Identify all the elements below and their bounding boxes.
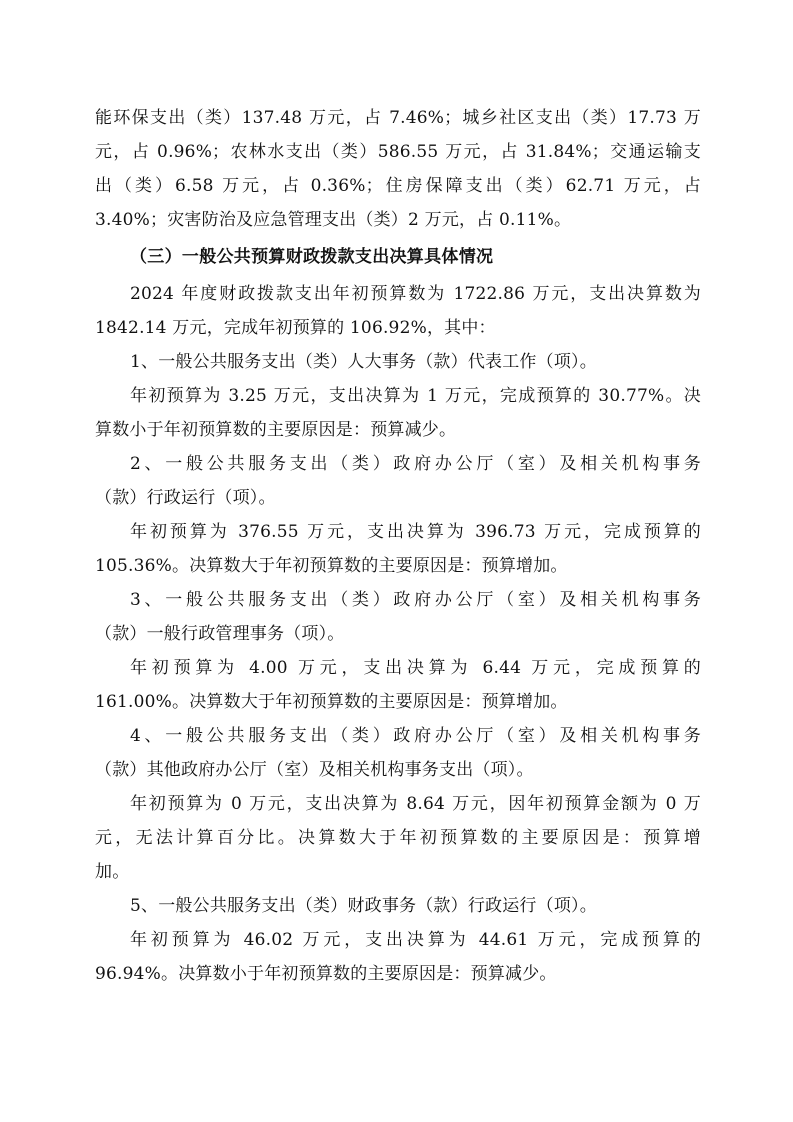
text-line: 元，无法计算百分比。决算数大于年初预算数的主要原因是：预算增 — [95, 825, 701, 851]
text-line: 161.00%。决算数大于年初预算数的主要原因是：预算增加。 — [95, 689, 701, 715]
text-line: 能环保支出（类）137.48 万元，占 7.46%；城乡社区支出（类）17.73… — [95, 105, 701, 131]
text-line: 1、一般公共服务支出（类）人大事务（款）代表工作（项）。 — [130, 349, 701, 375]
text-line: 105.36%。决算数大于年初预算数的主要原因是：预算增加。 — [95, 553, 701, 579]
text-line: 年初预算为 3.25 万元，支出决算为 1 万元，完成预算的 30.77%。决 — [130, 383, 701, 409]
section-heading: （三）一般公共预算财政拨款支出决算具体情况 — [130, 244, 493, 270]
text-line: 2024 年度财政拨款支出年初预算数为 1722.86 万元，支出决算数为 — [130, 281, 701, 307]
text-line: 出（类）6.58 万元，占 0.36%；住房保障支出（类）62.71 万元，占 — [95, 173, 701, 199]
text-line: 1842.14 万元，完成年初预算的 106.92%，其中： — [95, 315, 701, 341]
text-line: 年初预算为 376.55 万元，支出决算为 396.73 万元，完成预算的 — [130, 519, 701, 545]
text-line: 4、一般公共服务支出（类）政府办公厅（室）及相关机构事务 — [130, 723, 701, 749]
text-line: （款）其他政府办公厅（室）及相关机构事务支出（项）。 — [95, 757, 701, 783]
text-line: 年初预算为 4.00 万元，支出决算为 6.44 万元，完成预算的 — [130, 655, 701, 681]
document-page: （三）一般公共预算财政拨款支出决算具体情况 能环保支出（类）137.48 万元，… — [0, 0, 793, 1122]
text-line: 3、一般公共服务支出（类）政府办公厅（室）及相关机构事务 — [130, 587, 701, 613]
text-line: 元，占 0.96%；农林水支出（类）586.55 万元，占 31.84%；交通运… — [95, 139, 701, 165]
text-line: 算数小于年初预算数的主要原因是：预算减少。 — [95, 417, 701, 443]
text-line: 加。 — [95, 859, 701, 885]
text-line: 3.40%；灾害防治及应急管理支出（类）2 万元，占 0.11%。 — [95, 207, 701, 233]
text-line: （款）一般行政管理事务（项）。 — [95, 621, 701, 647]
text-line: 2、一般公共服务支出（类）政府办公厅（室）及相关机构事务 — [130, 451, 701, 477]
text-line: 96.94%。决算数小于年初预算数的主要原因是：预算减少。 — [95, 961, 701, 987]
text-line: 年初预算为 46.02 万元，支出决算为 44.61 万元，完成预算的 — [130, 927, 701, 953]
text-line: 年初预算为 0 万元，支出决算为 8.64 万元，因年初预算金额为 0 万 — [130, 791, 701, 817]
text-line: 5、一般公共服务支出（类）财政事务（款）行政运行（项）。 — [130, 893, 701, 919]
text-line: （款）行政运行（项）。 — [95, 485, 701, 511]
